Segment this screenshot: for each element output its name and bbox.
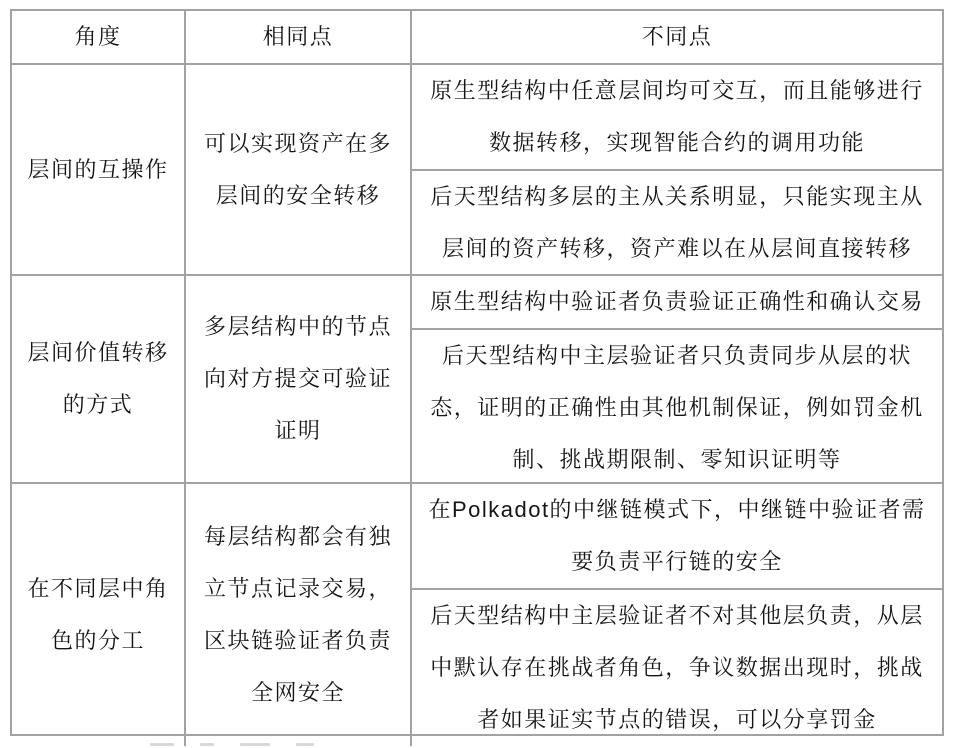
row3-differences-cell: 在Polkadot的中继链模式下，中继链中验证者需要负责平行链的安全 后天型结构… xyxy=(410,482,942,746)
row3-similarity-cell: 每层结构都会有独立节点记录交易，区块链验证者负责全网安全 xyxy=(184,482,410,746)
row3-difference-acquired: 后天型结构中主层验证者不对其他层负责，从层中默认存在挑战者角色，争议数据出现时，… xyxy=(412,588,942,746)
column-header-similarities: 相同点 xyxy=(184,11,410,63)
row2-differences-cell: 原生型结构中验证者负责验证正确性和确认交易 后天型结构中主层验证者只负责同步从层… xyxy=(410,274,942,482)
row2-angle-cell: 层间价值转移的方式 xyxy=(12,274,184,482)
row1-difference-acquired: 后天型结构多层的主从关系明显，只能实现主从层间的资产转移，资产难以在从层间直接转… xyxy=(412,169,942,275)
row2-similarity-cell: 多层结构中的节点向对方提交可验证证明 xyxy=(184,274,410,482)
row1-difference-native: 原生型结构中任意层间均可交互，而且能够进行数据转移，实现智能合约的调用功能 xyxy=(412,65,942,169)
row1-differences-cell: 原生型结构中任意层间均可交互，而且能够进行数据转移，实现智能合约的调用功能 后天… xyxy=(410,63,942,274)
column-header-angle: 角度 xyxy=(12,11,184,63)
comparison-table: 角度 相同点 不同点 层间的互操作 可以实现资产在多层间的安全转移 原生型结构中… xyxy=(10,9,944,736)
row3-angle-cell: 在不同层中角色的分工 xyxy=(12,482,184,746)
column-header-differences: 不同点 xyxy=(410,11,942,63)
row2-difference-acquired: 后天型结构中主层验证者只负责同步从层的状态，证明的正确性由其他机制保证，例如罚金… xyxy=(412,328,942,486)
row2-difference-native: 原生型结构中验证者负责验证正确性和确认交易 xyxy=(412,276,942,328)
cutoff-caption-fragment xyxy=(150,743,350,748)
row1-angle-cell: 层间的互操作 xyxy=(12,63,184,274)
row1-similarity-cell: 可以实现资产在多层间的安全转移 xyxy=(184,63,410,274)
row3-difference-polkadot: 在Polkadot的中继链模式下，中继链中验证者需要负责平行链的安全 xyxy=(412,484,942,588)
